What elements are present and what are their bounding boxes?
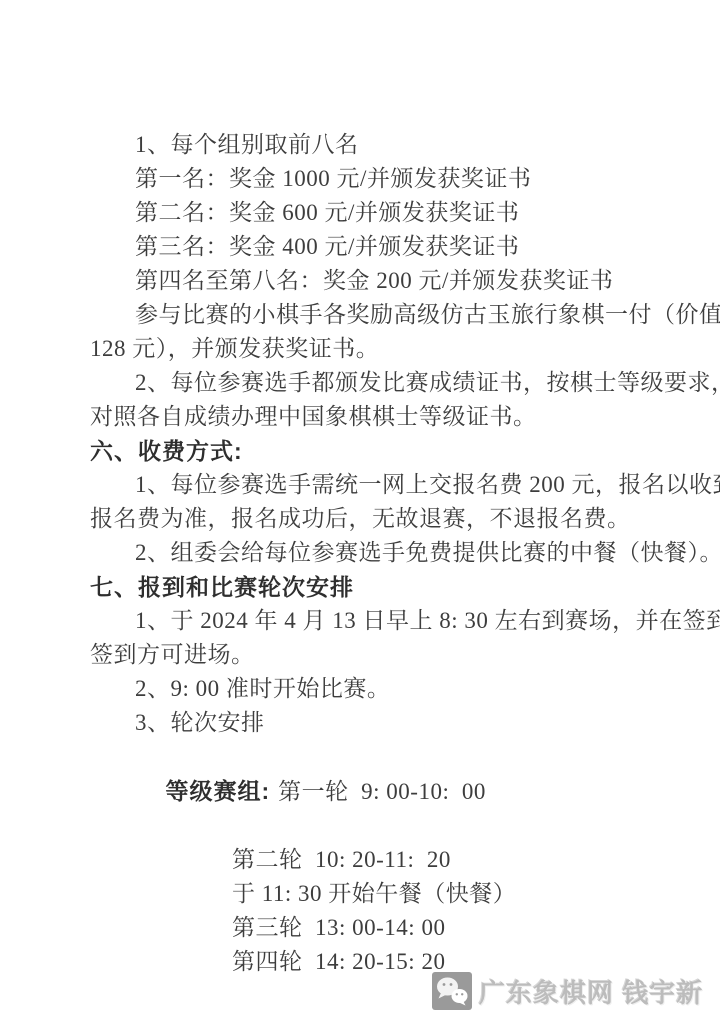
fees-item2-line: 2、组委会给每位参赛选手免费提供比赛的中餐（快餐）。 [90,536,638,570]
watermark-text: 广东象棋网 钱宇新 [479,973,703,1010]
schedule-round-3: 第三轮 13: 00-14: 00 [90,911,638,945]
awards-fourth-to-eighth-prize-line: 第四名至第八名：奖金 200 元/并颁发获奖证书 [90,264,638,298]
awards-third-prize-line: 第三名：奖金 400 元/并颁发获奖证书 [90,230,638,264]
awards-grade-cert-line-1: 2、每位参赛选手都颁发比赛成绩证书，按棋士等级要求， [90,366,638,400]
schedule-lunch-line: 于 11: 30 开始午餐（快餐） [90,877,638,911]
checkin-item1-line-1: 1、于 2024 年 4 月 13 日早上 8: 30 左右到赛场，并在签到册 [90,604,638,638]
fees-item1-line-1: 1、每位参赛选手需统一网上交报名费 200 元，报名以收到 [90,468,638,502]
fees-section-heading: 六、收费方式: [90,434,638,468]
document-page: 1、每个组别取前八名 第一名：奖金 1000 元/并颁发获奖证书 第二名：奖金 … [0,0,720,1018]
awards-intro-line: 1、每个组别取前八名 [90,128,638,162]
awards-souvenir-line-2: 128 元），并颁发获奖证书。 [90,332,638,366]
awards-grade-cert-line-2: 对照各自成绩办理中国象棋棋士等级证书。 [90,400,638,434]
document-content: 1、每个组别取前八名 第一名：奖金 1000 元/并颁发获奖证书 第二名：奖金 … [90,128,638,979]
schedule-group-label: 等级赛组: [166,778,271,804]
checkin-item2-line: 2、9: 00 准时开始比赛。 [90,672,638,706]
checkin-item1-line-2: 签到方可进场。 [90,638,638,672]
awards-second-prize-line: 第二名：奖金 600 元/并颁发获奖证书 [90,196,638,230]
fees-item1-line-2: 报名费为准，报名成功后，无故退赛，不退报名费。 [90,502,638,536]
awards-first-prize-line: 第一名：奖金 1000 元/并颁发获奖证书 [90,162,638,196]
checkin-section-heading: 七、报到和比赛轮次安排 [90,570,638,604]
wechat-icon [432,972,472,1010]
schedule-round-2: 第二轮 10: 20-11: 20 [90,843,638,877]
schedule-group-line: 等级赛组:第一轮 9: 00-10: 00 [90,740,638,843]
awards-souvenir-line-1: 参与比赛的小棋手各奖励高级仿古玉旅行象棋一付（价值 [90,298,638,332]
checkin-item3-line: 3、轮次安排 [90,706,638,740]
schedule-round-1: 第一轮 9: 00-10: 00 [278,779,486,804]
watermark: 广东象棋网 钱宇新 [432,972,703,1010]
